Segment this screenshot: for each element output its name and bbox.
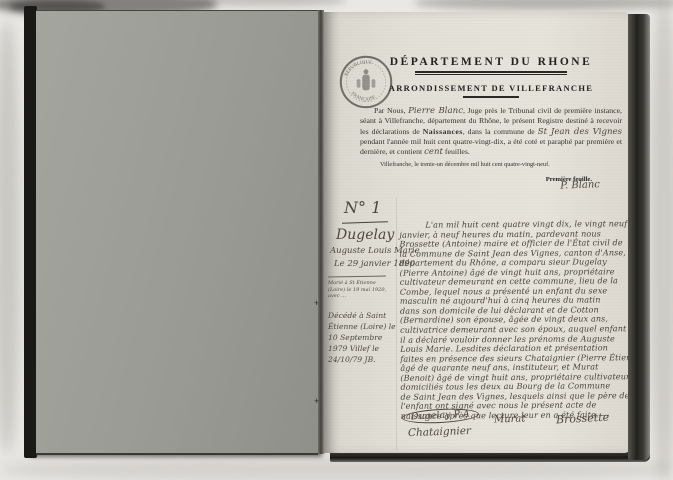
declaration-dateline: Villefranche, le trente-un décembre mil … — [360, 161, 622, 168]
decl-text: Par Nous, — [374, 106, 408, 115]
register-scan: + + RÉPUBLIQUE FRANÇAISE DÉPARTEME — [0, 0, 673, 480]
margin-marriage-note: Marié à St Étienne (Loire) le 19 mai 192… — [328, 280, 394, 300]
commune-name-handwritten: St Jean des Vignes — [538, 127, 622, 137]
subtitle-rule — [463, 96, 519, 98]
page-block-right-edge — [628, 14, 650, 460]
binding-stitch-icon: + — [314, 396, 319, 406]
binding-stitch-icon: + — [314, 298, 319, 308]
margin-death-note: Décédé à Saint Étienne (Loire) le 10 Sep… — [328, 310, 398, 365]
margin-note-rule — [328, 275, 386, 277]
title-rule-thick — [415, 71, 567, 73]
judge-name-handwritten: Pierre Blanc — [408, 106, 463, 116]
signature-mayor: Brossette — [556, 411, 610, 427]
arrondissement-title: ARRONDISSEMENT DE VILLEFRANCHE — [360, 83, 622, 93]
scan-smudge — [650, 0, 673, 480]
register-type: Naissances — [423, 127, 463, 136]
scan-smudge — [196, 0, 346, 6]
signature-witness2: Murat — [494, 413, 526, 425]
page-block-bottom-edge — [330, 452, 650, 462]
act-number: N° 1 — [344, 198, 381, 217]
margin-surname: Dugelay — [336, 227, 394, 243]
birth-act-text: L'an mil huit cent quatre vingt dix, le … — [399, 219, 624, 421]
decl-text: feuilles. — [443, 147, 470, 156]
folio-count-handwritten: cent — [424, 147, 443, 157]
title-rule-thin — [415, 74, 567, 75]
decl-text: , dans la commune de — [463, 127, 538, 136]
register-declaration: Par Nous, Pierre Blanc, Juge près le Tri… — [360, 106, 622, 157]
scan-smudge — [415, 0, 673, 10]
department-title: DÉPARTEMENT DU RHONE — [360, 56, 622, 68]
scan-smudge — [0, 22, 20, 452]
act-number-underline — [342, 221, 388, 224]
register-page: RÉPUBLIQUE FRANÇAISE DÉPARTEMENT DU RHON… — [324, 12, 628, 453]
printed-block: DÉPARTEMENT DU RHONE ARRONDISSEMENT DE V… — [360, 56, 622, 194]
decl-text: pendant l'année mil huit cent quatre-vin… — [360, 137, 622, 156]
signature-witness1: Chataignier — [408, 425, 471, 439]
left-blank-page — [36, 10, 318, 455]
